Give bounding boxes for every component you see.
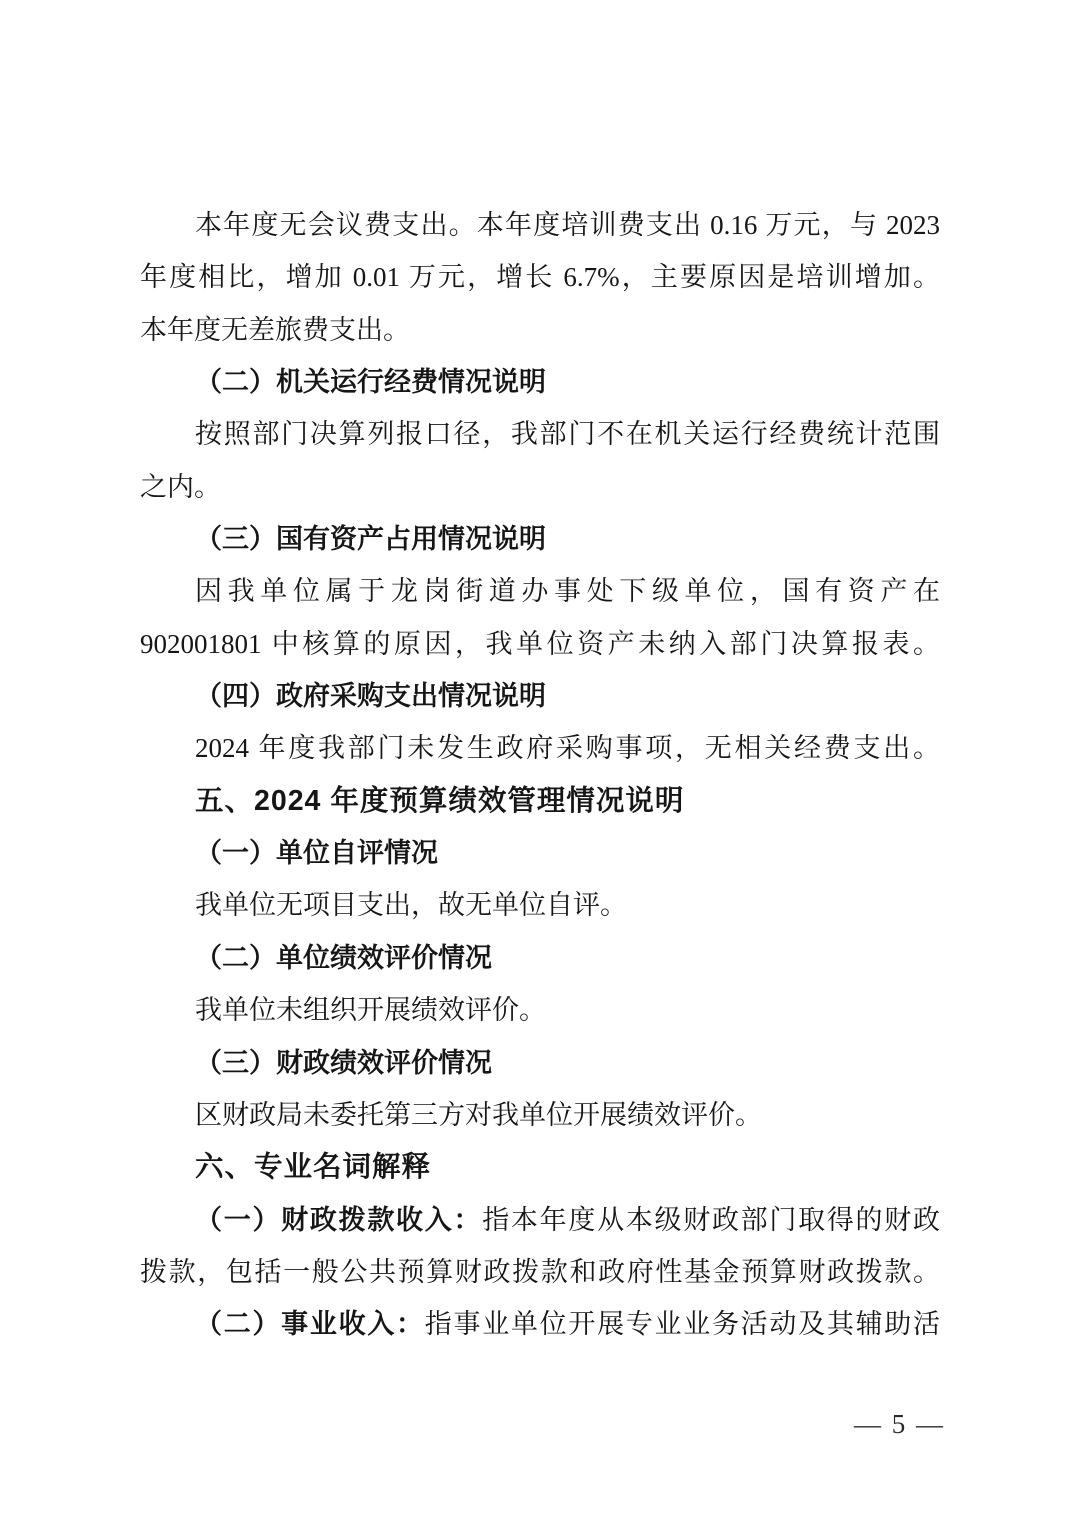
line-text: （二）单位绩效评价情况 [195, 943, 492, 973]
line-text: 本年度无差旅费支出。 [140, 315, 410, 345]
page-number: — 5 — [854, 1404, 945, 1444]
line-text: 我单位无项目支出，故无单位自评。 [195, 890, 627, 920]
line-text: 按照部门决算列报口径，我部门不在机关运行经费统计范围 [195, 419, 940, 449]
line-text: 902001801 中核算的原因，我单位资产未纳入部门决算报表。 [140, 629, 940, 659]
body-line: 2024 年度我部门未发生政府采购事项，无相关经费支出。 [140, 722, 940, 774]
body-line: 之内。 [140, 461, 940, 513]
line-text: 年度相比，增加 0.01 万元，增长 6.7%，主要原因是培训增加。 [140, 262, 940, 292]
sub-heading: （三）财政绩效评价情况 [140, 1037, 940, 1089]
term-label: （一）财政拨款收入： [195, 1205, 482, 1235]
body-line: 按照部门决算列报口径，我部门不在机关运行经费统计范围 [140, 408, 940, 460]
section-heading: 六、专业名词解释 [140, 1141, 940, 1193]
line-text: 区财政局未委托第三方对我单位开展绩效评价。 [195, 1100, 762, 1130]
body-line: 我单位无项目支出，故无单位自评。 [140, 879, 940, 931]
sub-heading: （二）机关运行经费情况说明 [140, 356, 940, 408]
line-text: （一）单位自评情况 [195, 838, 438, 868]
body-line: 拨款，包括一般公共预算财政拨款和政府性基金预算财政拨款。 [140, 1246, 940, 1298]
line-text: 六、专业名词解释 [195, 1151, 431, 1183]
sub-heading: （二）单位绩效评价情况 [140, 932, 940, 984]
line-text: 指本年度从本级财政部门取得的财政 [482, 1205, 940, 1235]
body-line: 本年度无差旅费支出。 [140, 304, 940, 356]
document-page: 本年度无会议费支出。本年度培训费支出 0.16 万元，与 2023年度相比，增加… [0, 0, 1075, 1520]
body-line: 区财政局未委托第三方对我单位开展绩效评价。 [140, 1089, 940, 1141]
sub-heading: （三）国有资产占用情况说明 [140, 513, 940, 565]
body-line: 因我单位属于龙岗街道办事处下级单位，国有资产在 [140, 565, 940, 617]
line-text: 之内。 [140, 472, 221, 502]
body-line: （一）财政拨款收入：指本年度从本级财政部门取得的财政 [140, 1194, 940, 1246]
line-text: （三）国有资产占用情况说明 [195, 524, 546, 554]
line-text: 五、2024 年度预算绩效管理情况说明 [195, 785, 684, 817]
line-text: 指事业单位开展专业业务活动及其辅助活 [425, 1309, 940, 1339]
line-text: （三）财政绩效评价情况 [195, 1048, 492, 1078]
line-text: （四）政府采购支出情况说明 [195, 681, 546, 711]
line-text: 我单位未组织开展绩效评价。 [195, 995, 546, 1025]
body-line: 本年度无会议费支出。本年度培训费支出 0.16 万元，与 2023 [140, 199, 940, 251]
line-text: 因我单位属于龙岗街道办事处下级单位，国有资产在 [195, 576, 940, 606]
body-line: 年度相比，增加 0.01 万元，增长 6.7%，主要原因是培训增加。 [140, 251, 940, 303]
body-line: 902001801 中核算的原因，我单位资产未纳入部门决算报表。 [140, 618, 940, 670]
body-line: （二）事业收入：指事业单位开展专业业务活动及其辅助活 [140, 1298, 940, 1350]
body-line: 我单位未组织开展绩效评价。 [140, 984, 940, 1036]
section-heading: 五、2024 年度预算绩效管理情况说明 [140, 775, 940, 827]
line-text: 本年度无会议费支出。本年度培训费支出 0.16 万元，与 2023 [195, 210, 940, 240]
line-text: 2024 年度我部门未发生政府采购事项，无相关经费支出。 [195, 733, 940, 763]
sub-heading: （四）政府采购支出情况说明 [140, 670, 940, 722]
line-text: （二）机关运行经费情况说明 [195, 367, 546, 397]
line-text: 拨款，包括一般公共预算财政拨款和政府性基金预算财政拨款。 [140, 1257, 940, 1287]
sub-heading: （一）单位自评情况 [140, 827, 940, 879]
document-body: 本年度无会议费支出。本年度培训费支出 0.16 万元，与 2023年度相比，增加… [140, 199, 940, 1351]
term-label: （二）事业收入： [195, 1309, 425, 1339]
